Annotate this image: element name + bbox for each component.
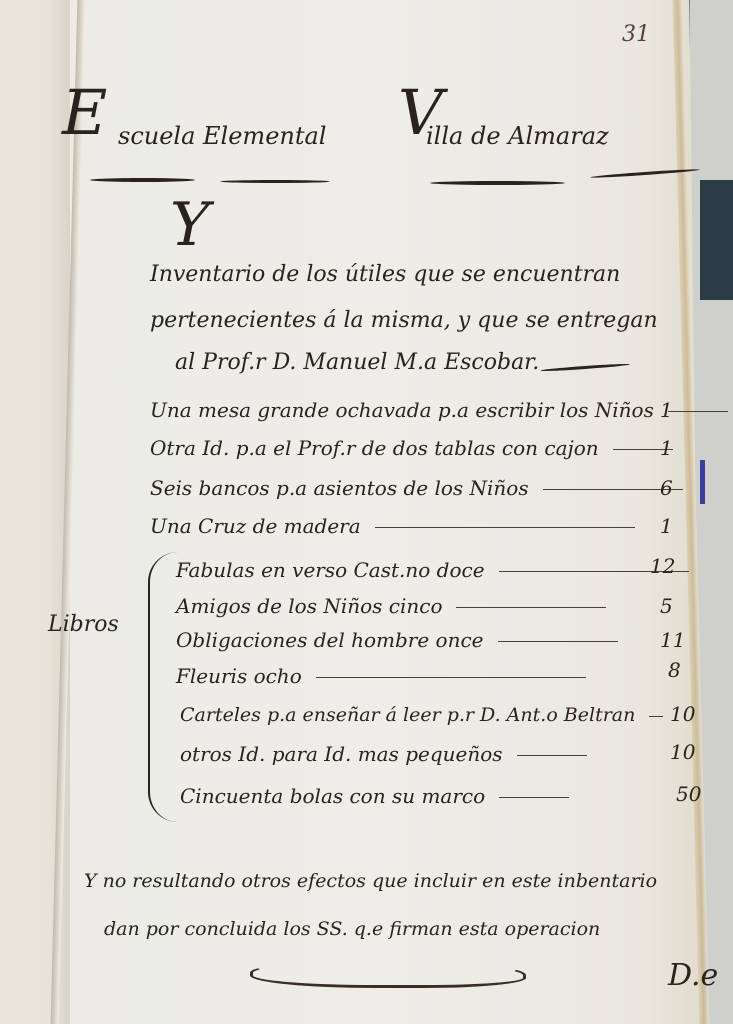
page-number: 31 <box>622 22 650 47</box>
item-quantity: 6 <box>660 476 673 500</box>
book-item: Amigos de los Niños cinco <box>176 594 606 618</box>
blue-ink-mark <box>700 460 705 504</box>
item-quantity: 1 <box>660 514 673 538</box>
book-item: Carteles p.a enseñar á leer p.r D. Ant.o… <box>180 704 663 726</box>
item-description: Cincuenta bolas con su marco <box>180 784 485 808</box>
item-description: otros Id. para Id. mas pequeños <box>180 742 503 766</box>
book-item: Fabulas en verso Cast.no doce <box>176 558 689 582</box>
item-description: Fabulas en verso Cast.no doce <box>176 558 485 582</box>
background-dark-object <box>700 180 733 300</box>
signature-mark: D.e <box>668 958 718 993</box>
header-school-initial: E <box>62 76 107 149</box>
item-quantity: 10 <box>670 702 695 726</box>
item-quantity: 12 <box>650 554 675 578</box>
header-flourish <box>430 181 565 185</box>
book-item: otros Id. para Id. mas pequeños <box>180 742 587 766</box>
item-description: Carteles p.a enseñar á leer p.r D. Ant.o… <box>180 704 635 726</box>
item-quantity: 5 <box>660 594 673 618</box>
closing-line: Y no resultando otros efectos que inclui… <box>84 870 657 892</box>
item-description: Obligaciones del hombre once <box>176 628 484 652</box>
book-item: Fleuris ocho <box>176 664 586 688</box>
header-town-text: illa de Almaraz <box>426 122 609 150</box>
decorative-initial: Y <box>170 190 210 260</box>
intro-line: pertenecientes á la misma, y que se entr… <box>150 308 658 333</box>
intro-line: al Prof.r D. Manuel M.a Escobar. <box>175 350 539 375</box>
inventory-item: Una mesa grande ochavada p.a escribir lo… <box>150 398 728 422</box>
item-description: Seis bancos p.a asientos de los Niños <box>150 476 529 500</box>
item-quantity: 1 <box>660 436 673 460</box>
item-quantity: 1 <box>660 398 673 422</box>
book-item: Cincuenta bolas con su marco <box>180 784 569 808</box>
header-school-text: scuela Elemental <box>118 122 326 150</box>
item-quantity: 10 <box>670 740 695 764</box>
item-description: Amigos de los Niños cinco <box>176 594 442 618</box>
inventory-item: Una Cruz de madera <box>150 514 635 538</box>
signature-flourish <box>250 960 526 988</box>
item-quantity: 8 <box>668 658 681 682</box>
closing-line: dan por concluida los SS. q.e firman est… <box>104 918 600 940</box>
item-quantity: 50 <box>676 782 701 806</box>
header-flourish <box>90 178 195 182</box>
item-description: Una mesa grande ochavada p.a escribir lo… <box>150 398 654 422</box>
book-item: Obligaciones del hombre once <box>176 628 618 652</box>
inventory-item: Otra Id. p.a el Prof.r de dos tablas con… <box>150 436 673 460</box>
books-label: Libros <box>48 612 119 637</box>
item-description: Otra Id. p.a el Prof.r de dos tablas con… <box>150 436 599 460</box>
inventory-item: Seis bancos p.a asientos de los Niños <box>150 476 683 500</box>
item-description: Una Cruz de madera <box>150 514 361 538</box>
intro-line: Inventario de los útiles que se encuentr… <box>150 262 620 287</box>
item-quantity: 11 <box>660 628 685 652</box>
header-flourish <box>220 180 330 183</box>
item-description: Fleuris ocho <box>176 664 302 688</box>
